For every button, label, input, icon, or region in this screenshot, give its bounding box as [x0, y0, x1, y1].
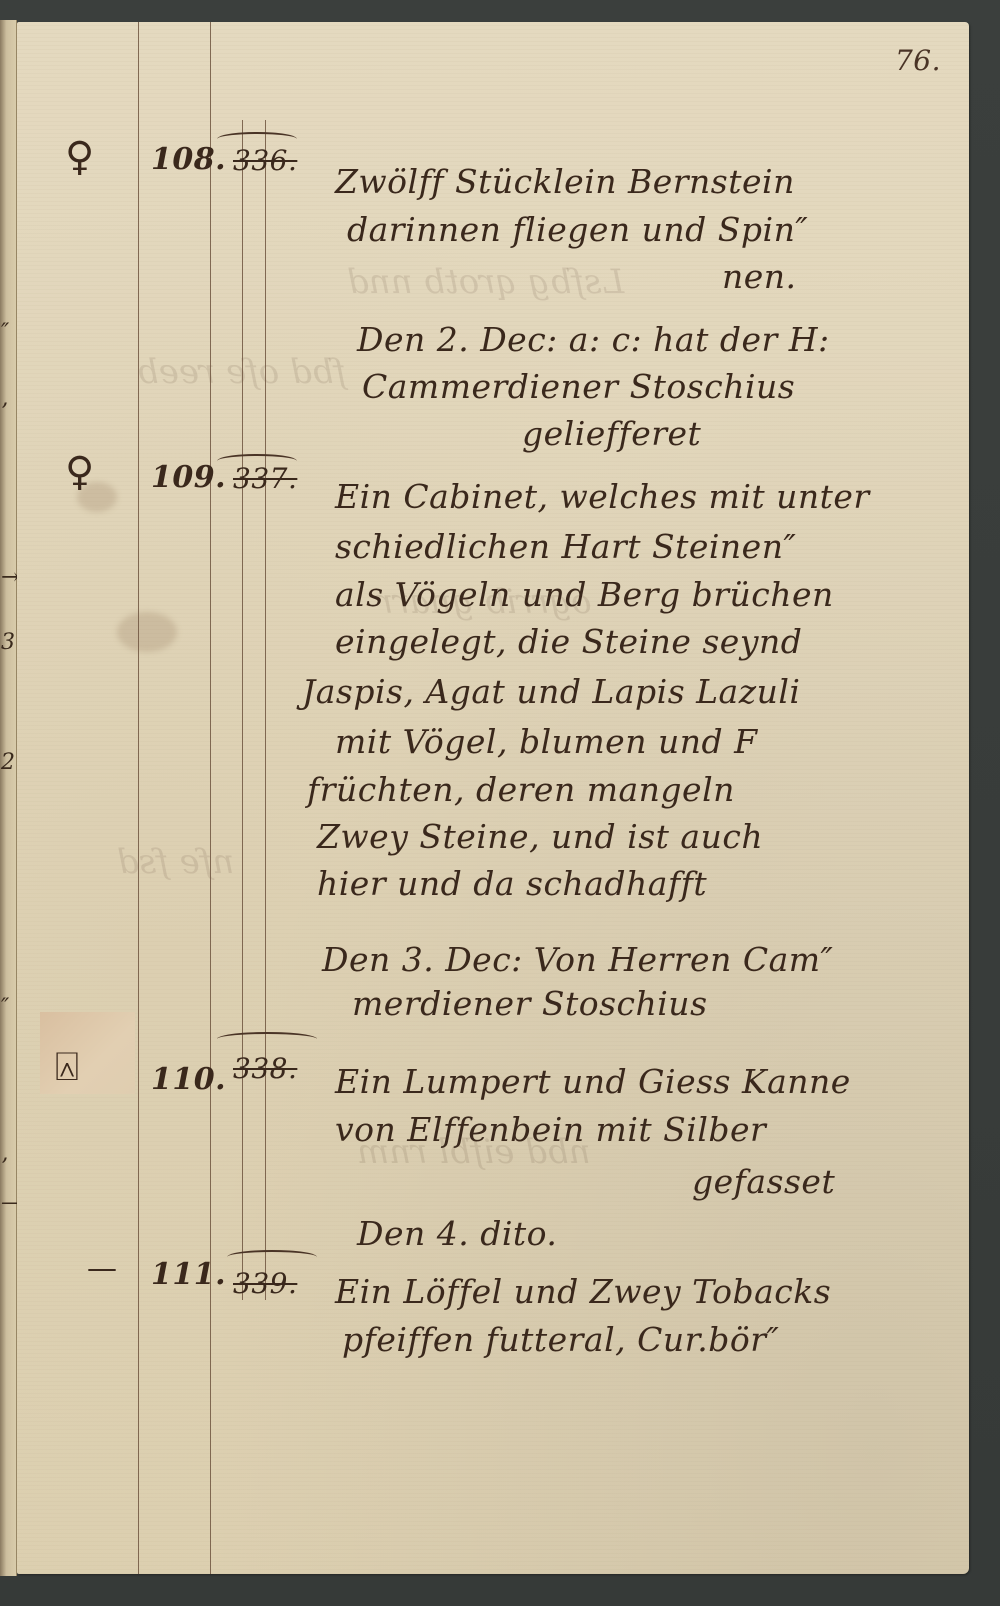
entry-note-line: Den 3. Dec: Von Herren Cam″	[322, 940, 833, 979]
entry-number: 110.	[151, 1062, 226, 1097]
old-entry-number: 339.	[233, 1267, 297, 1300]
left-page-edge: ″ ’ → 3 2 ″ ’ —	[0, 20, 17, 1576]
entry-text-line: Jaspis, Agat und Lapis Lazuli	[302, 672, 800, 711]
entry-text-line: eingelegt, die Steine seynd	[335, 622, 802, 661]
entry-text-line: pfeiffen futteral, Cur.bör″	[342, 1320, 779, 1359]
entry-text-line: früchten, deren mangeln	[307, 770, 735, 809]
entry-note-line: Cammerdiener Stoschius	[362, 367, 795, 406]
entry-text-line: hier und da schadhafft	[317, 864, 707, 903]
margin-mark: ″	[1, 995, 9, 1020]
flourish	[227, 1250, 317, 1264]
entry-note-line: Den 2. Dec: a: c: hat der H:	[357, 320, 830, 359]
column-rule	[242, 120, 243, 1300]
ink-stain	[117, 612, 177, 652]
bleed-through: Lsfbg qrotb nnd	[347, 262, 624, 302]
entry-text-line: Ein Löffel und Zwey Tobacks	[335, 1272, 831, 1311]
entry-note-line: merdiener Stoschius	[352, 984, 708, 1023]
box-cross-symbol-icon: ⍓	[55, 1047, 79, 1087]
column-rule	[210, 22, 211, 1574]
entry-note-line: geliefferet	[522, 414, 701, 453]
manuscript-page: Lsfbg qrotb nnd fbd ofe reeb ogrrib gnar…	[17, 22, 969, 1574]
entry-number: 109.	[151, 460, 226, 495]
flourish	[217, 1032, 317, 1046]
entry-number: 108.	[151, 142, 226, 177]
entry-text-line: als Vögeln und Berg brüchen	[335, 575, 834, 614]
entry-text-line: nen.	[722, 257, 797, 296]
column-rule	[138, 22, 139, 1574]
entry-text-line: Zwölff Stücklein Bernstein	[335, 162, 795, 201]
margin-mark: ’	[1, 400, 8, 425]
margin-mark: 2	[1, 750, 15, 775]
entry-text-line: von Elffenbein mit Silber	[335, 1110, 766, 1149]
entry-text-line: mit Vögel, blumen und F	[335, 722, 757, 761]
bleed-through: nfe fsd	[117, 842, 234, 882]
cross-circle-symbol-icon: ♀	[65, 452, 94, 492]
entry-number: 111.	[151, 1257, 226, 1292]
old-entry-number: 338.	[233, 1052, 297, 1085]
old-entry-number: 336.	[233, 144, 297, 177]
dash-mark-icon: —	[87, 1254, 117, 1284]
entry-note-line: Den 4. dito.	[357, 1214, 557, 1253]
margin-mark: ’	[1, 1155, 8, 1180]
entry-text-line: Ein Cabinet, welches mit unter	[335, 477, 870, 516]
margin-mark: ″	[1, 320, 9, 345]
entry-text-line: darinnen fliegen und Spin″	[347, 210, 808, 249]
entry-text-line: Ein Lumpert und Giess Kanne	[335, 1062, 851, 1101]
entry-text-line: Zwey Steine, und ist auch	[317, 817, 763, 856]
margin-mark: 3	[1, 630, 15, 655]
column-rule	[265, 120, 266, 1300]
entry-text-line: gefasset	[692, 1162, 835, 1201]
flourish	[217, 454, 297, 468]
page-number: 76.	[895, 44, 941, 77]
flourish	[217, 132, 297, 146]
entry-text-line: schiedlichen Hart Steinen″	[335, 527, 796, 566]
copper-amber-symbol-icon: ♀	[65, 137, 94, 177]
